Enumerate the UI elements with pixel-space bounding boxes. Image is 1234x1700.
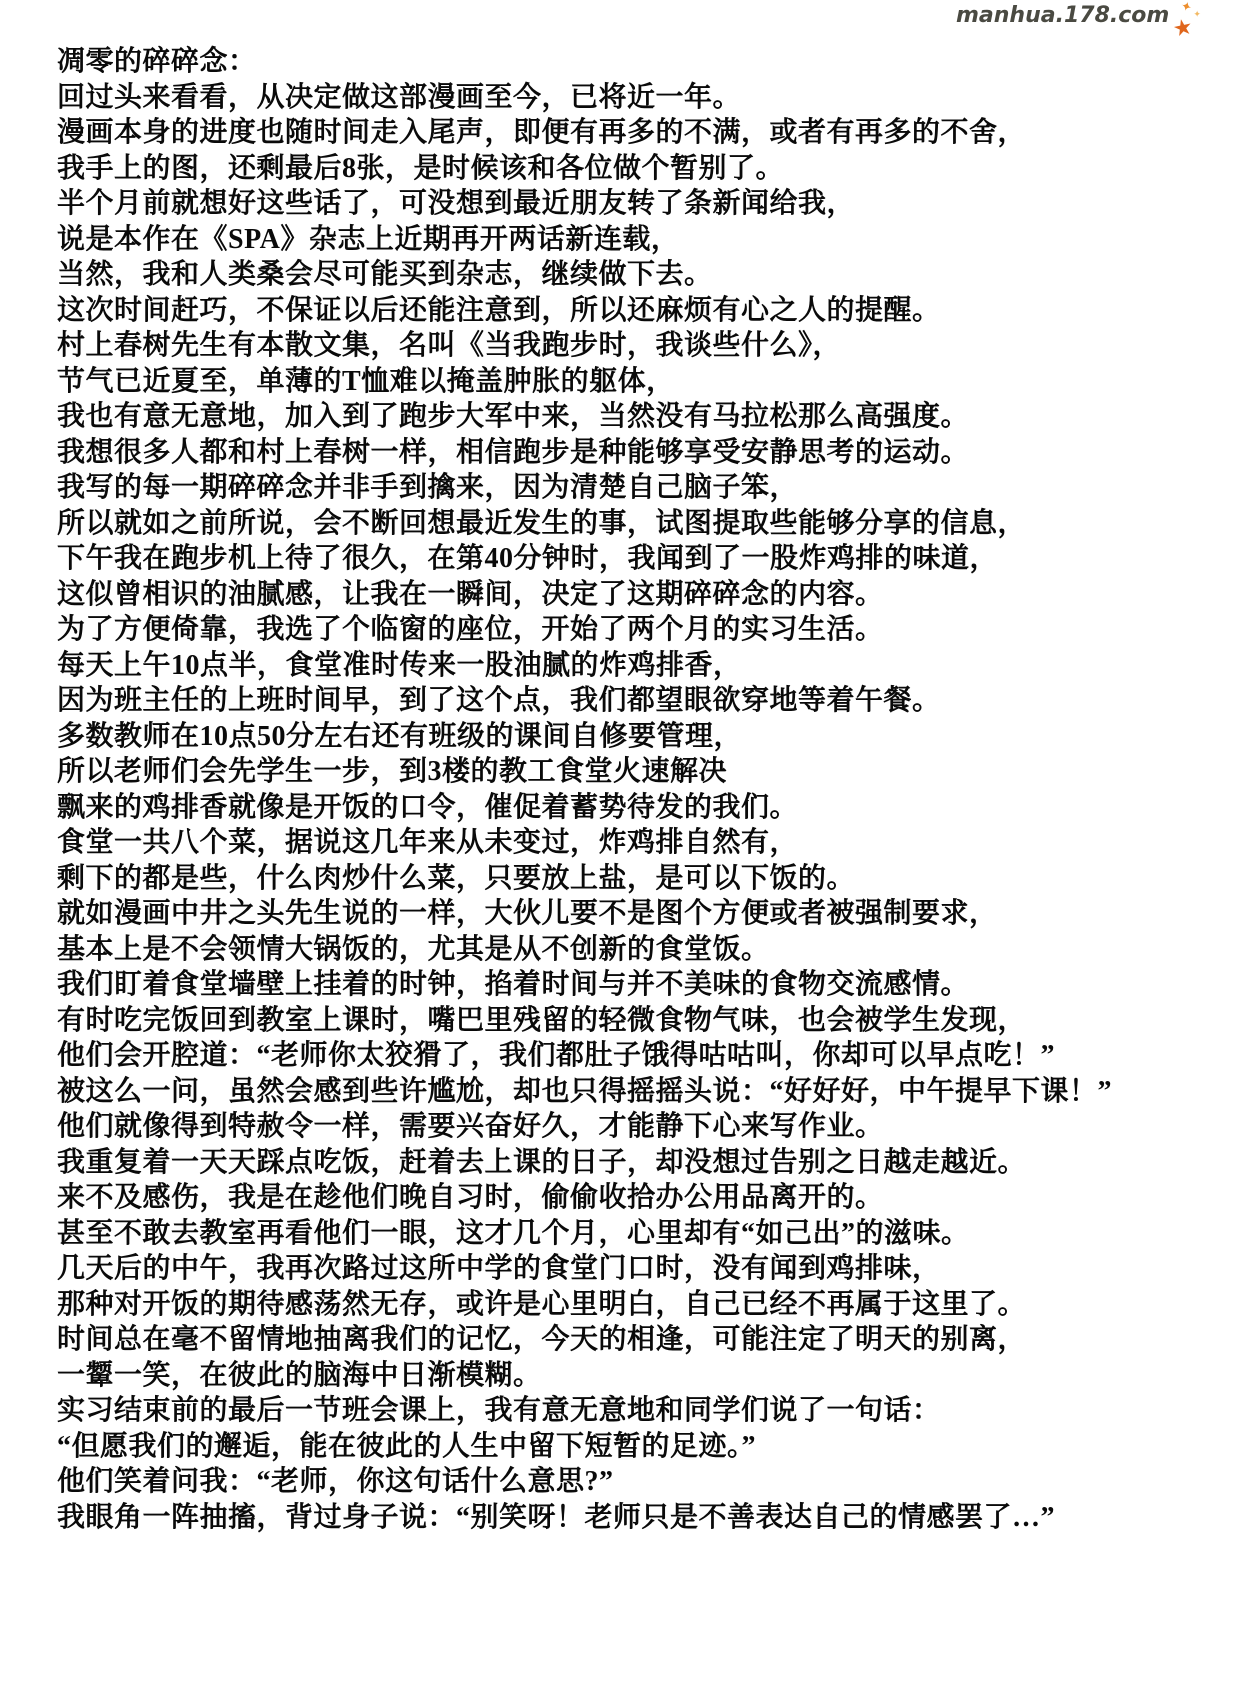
article-line: 飘来的鸡排香就像是开饭的口令，催促着蓄势待发的我们。 xyxy=(57,790,1217,826)
watermark: manhua.178.com ✦ ★ ✦ xyxy=(956,2,1203,46)
article-line: 半个月前就想好这些话了，可没想到最近朋友转了条新闻给我， xyxy=(57,186,1217,222)
watermark-text: manhua.178.com xyxy=(956,2,1169,30)
article-line: 村上春树先生有本散文集，名叫《当我跑步时，我谈些什么》， xyxy=(57,328,1217,364)
article-line: 食堂一共八个菜，据说这几年来从未变过，炸鸡排自然有， xyxy=(57,825,1217,861)
article-line: 多数教师在10点50分左右还有班级的课间自修要管理， xyxy=(57,719,1217,755)
article-line: 他们就像得到特赦令一样，需要兴奋好久，才能静下心来写作业。 xyxy=(57,1109,1217,1145)
article-line: “但愿我们的邂逅，能在彼此的人生中留下短暂的足迹。” xyxy=(57,1429,1217,1465)
article-line: 剩下的都是些，什么肉炒什么菜，只要放上盐，是可以下饭的。 xyxy=(57,861,1217,897)
article-line: 这次时间赶巧，不保证以后还能注意到，所以还麻烦有心之人的提醒。 xyxy=(57,293,1217,329)
article-line: 被这么一问，虽然会感到些许尴尬，却也只得摇摇头说：“好好好，中午提早下课！” xyxy=(57,1074,1217,1110)
article-line: 有时吃完饭回到教室上课时，嘴巴里残留的轻微食物气味，也会被学生发现， xyxy=(57,1003,1217,1039)
article-line: 漫画本身的进度也随时间走入尾声，即便有再多的不满，或者有再多的不舍， xyxy=(57,115,1217,151)
article-line: 基本上是不会领情大锅饭的，尤其是从不创新的食堂饭。 xyxy=(57,932,1217,968)
article-line: 当然，我和人类桑会尽可能买到杂志，继续做下去。 xyxy=(57,257,1217,293)
article-line: 来不及感伤，我是在趁他们晚自习时，偷偷收拾办公用品离开的。 xyxy=(57,1180,1217,1216)
text-body: 凋零的碎碎念：回过头来看看，从决定做这部漫画至今，已将近一年。漫画本身的进度也随… xyxy=(57,44,1217,1535)
article-line: 我眼角一阵抽搐，背过身子说：“别笑呀！老师只是不善表达自己的情感罢了…” xyxy=(57,1500,1217,1536)
article-line: 这似曾相识的油腻感，让我在一瞬间，决定了这期碎碎念的内容。 xyxy=(57,577,1217,613)
article-line: 他们笑着问我：“老师，你这句话什么意思?” xyxy=(57,1464,1217,1500)
article-line: 我手上的图，还剩最后8张，是时候该和各位做个暂别了。 xyxy=(57,151,1217,187)
article-line: 时间总在毫不留情地抽离我们的记忆，今天的相逢，可能注定了明天的别离， xyxy=(57,1322,1217,1358)
article-line: 甚至不敢去教室再看他们一眼，这才几个月，心里却有“如己出”的滋味。 xyxy=(57,1216,1217,1252)
article-line: 我重复着一天天踩点吃饭，赶着去上课的日子，却没想过告别之日越走越近。 xyxy=(57,1145,1217,1181)
article-line: 我们盯着食堂墙壁上挂着的时钟，掐着时间与并不美味的食物交流感情。 xyxy=(57,967,1217,1003)
star-icon: ✦ xyxy=(1180,0,1194,14)
star-icon: ✦ xyxy=(1193,10,1201,19)
article-line: 就如漫画中井之头先生说的一样，大伙儿要不是图个方便或者被强制要求， xyxy=(57,896,1217,932)
article-line: 一颦一笑，在彼此的脑海中日渐模糊。 xyxy=(57,1358,1217,1394)
article-line: 那种对开饭的期待感荡然无存，或许是心里明白，自己已经不再属于这里了。 xyxy=(57,1287,1217,1323)
article-line: 几天后的中午，我再次路过这所中学的食堂门口时，没有闻到鸡排味， xyxy=(57,1251,1217,1287)
star-icon: ★ xyxy=(1171,15,1195,41)
article-title-line: 凋零的碎碎念： xyxy=(57,44,1217,80)
article-line: 说是本作在《SPA》杂志上近期再开两话新连载， xyxy=(57,222,1217,258)
stars-decoration: ✦ ★ ✦ xyxy=(1169,2,1203,46)
article-line: 实习结束前的最后一节班会课上，我有意无意地和同学们说了一句话： xyxy=(57,1393,1217,1429)
article-line: 节气已近夏至，单薄的T恤难以掩盖肿胀的躯体， xyxy=(57,364,1217,400)
article-line: 为了方便倚靠，我选了个临窗的座位，开始了两个月的实习生活。 xyxy=(57,612,1217,648)
article-line: 每天上午10点半，食堂准时传来一股油腻的炸鸡排香， xyxy=(57,648,1217,684)
article-line: 我想很多人都和村上春树一样，相信跑步是种能够享受安静思考的运动。 xyxy=(57,435,1217,471)
article-line: 回过头来看看，从决定做这部漫画至今，已将近一年。 xyxy=(57,80,1217,116)
article-line: 我也有意无意地，加入到了跑步大军中来，当然没有马拉松那么高强度。 xyxy=(57,399,1217,435)
article-line: 我写的每一期碎碎念并非手到擒来，因为清楚自己脑子笨， xyxy=(57,470,1217,506)
article-line: 因为班主任的上班时间早，到了这个点，我们都望眼欲穿地等着午餐。 xyxy=(57,683,1217,719)
afterword-page: manhua.178.com ✦ ★ ✦ 凋零的碎碎念：回过头来看看，从决定做这… xyxy=(0,0,1234,1700)
article-line: 下午我在跑步机上待了很久，在第40分钟时，我闻到了一股炸鸡排的味道， xyxy=(57,541,1217,577)
article-line: 所以就如之前所说，会不断回想最近发生的事，试图提取些能够分享的信息， xyxy=(57,506,1217,542)
article-line: 他们会开腔道：“老师你太狡猾了，我们都肚子饿得咕咕叫，你却可以早点吃！” xyxy=(57,1038,1217,1074)
article-line: 所以老师们会先学生一步，到3楼的教工食堂火速解决 xyxy=(57,754,1217,790)
